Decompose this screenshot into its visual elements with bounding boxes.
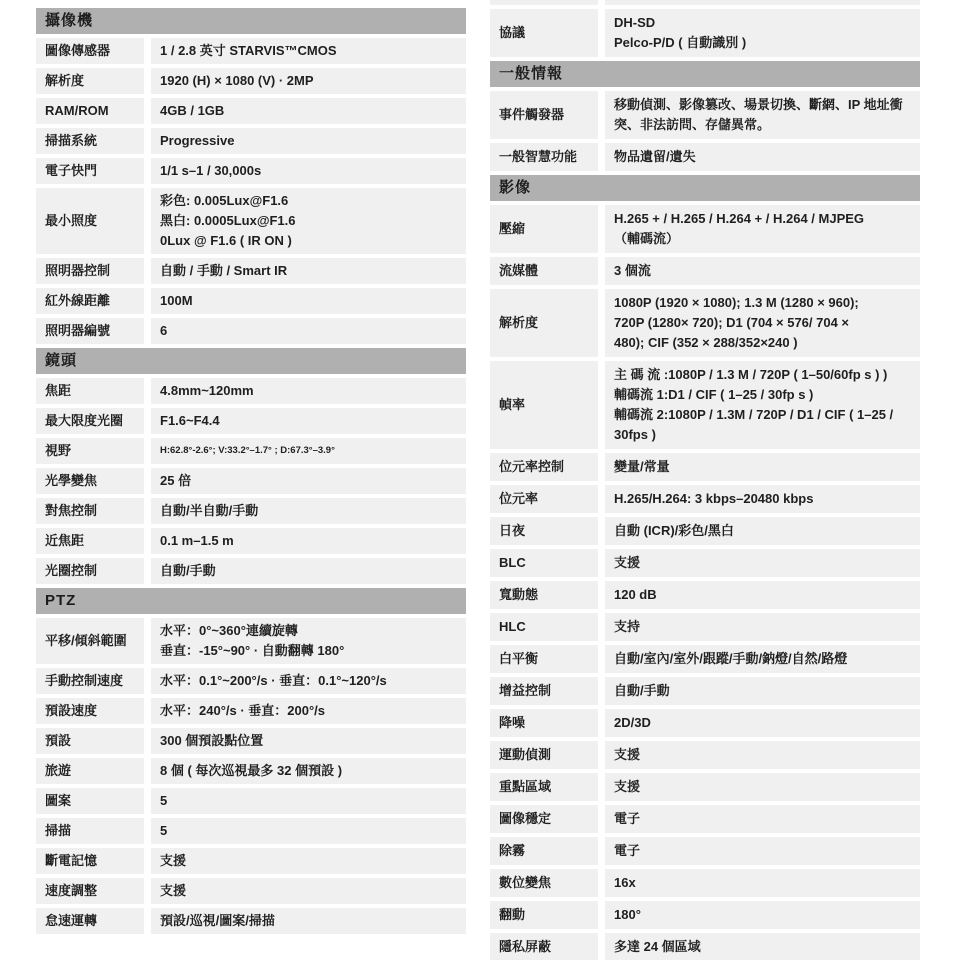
spec-value: 物品遺留/遺失 bbox=[605, 143, 920, 171]
spec-value: 支援 bbox=[605, 549, 920, 577]
spec-label: 解析度 bbox=[36, 68, 144, 94]
spec-row: 一般智慧功能物品遺留/遺失 bbox=[490, 143, 920, 171]
spec-value: 自動 (ICR)/彩色/黑白 bbox=[605, 517, 920, 545]
spec-label: 光圈控制 bbox=[36, 558, 144, 584]
spec-value: H.265/H.264: 3 kbps–20480 kbps bbox=[605, 485, 920, 513]
truncated-label-cell bbox=[490, 0, 598, 5]
spec-row: 事件觸發器移動偵測、影像篡改、場景切換、斷網、IP 地址衝突、非法訪問、存儲異常… bbox=[490, 91, 920, 139]
spec-row: 光圈控制自動/手動 bbox=[36, 558, 466, 584]
spec-table-left: 攝像機圖像傳感器1 / 2.8 英寸 STARVIS™CMOS解析度1920 (… bbox=[36, 8, 466, 938]
spec-label: 手動控制速度 bbox=[36, 668, 144, 694]
spec-row: 白平衡自動/室內/室外/跟蹤/手動/鈉燈/自然/路燈 bbox=[490, 645, 920, 673]
spec-row: 圖案5 bbox=[36, 788, 466, 814]
spec-row: BLC支援 bbox=[490, 549, 920, 577]
spec-label: 光學變焦 bbox=[36, 468, 144, 494]
spec-row: 照明器控制自動 / 手動 / Smart IR bbox=[36, 258, 466, 284]
spec-label: 紅外線距離 bbox=[36, 288, 144, 314]
spec-row: 隱私屏蔽多達 24 個區域 bbox=[490, 933, 920, 960]
spec-label: 位元率控制 bbox=[490, 453, 598, 481]
spec-label: 旅遊 bbox=[36, 758, 144, 784]
spec-value: 預設/巡視/圖案/掃描 bbox=[151, 908, 466, 934]
spec-row: 位元率H.265/H.264: 3 kbps–20480 kbps bbox=[490, 485, 920, 513]
section-header: 影像 bbox=[490, 175, 920, 201]
spec-row: 掃描系統Progressive bbox=[36, 128, 466, 154]
spec-label: 圖像穩定 bbox=[490, 805, 598, 833]
spec-row: 速度調整支援 bbox=[36, 878, 466, 904]
spec-label: 流媒體 bbox=[490, 257, 598, 285]
spec-row: 掃描5 bbox=[36, 818, 466, 844]
spec-value: 支持 bbox=[605, 613, 920, 641]
spec-value: 0.1 m–1.5 m bbox=[151, 528, 466, 554]
spec-value: 5 bbox=[151, 818, 466, 844]
spec-value: 6 bbox=[151, 318, 466, 344]
spec-label: 圖案 bbox=[36, 788, 144, 814]
spec-value: 支援 bbox=[151, 848, 466, 874]
spec-row: 除霧電子 bbox=[490, 837, 920, 865]
spec-label: 隱私屏蔽 bbox=[490, 933, 598, 960]
spec-value: 180° bbox=[605, 901, 920, 929]
spec-label: 白平衡 bbox=[490, 645, 598, 673]
spec-value: 支援 bbox=[151, 878, 466, 904]
spec-value: 水平：0°~360°連續旋轉 垂直：-15°~90° · 自動翻轉 180° bbox=[151, 618, 466, 664]
spec-row: HLC支持 bbox=[490, 613, 920, 641]
spec-value: 4.8mm~120mm bbox=[151, 378, 466, 404]
spec-value: 120 dB bbox=[605, 581, 920, 609]
spec-label: 掃描系統 bbox=[36, 128, 144, 154]
spec-row: 焦距4.8mm~120mm bbox=[36, 378, 466, 404]
spec-row: 電子快門1/1 s–1 / 30,000s bbox=[36, 158, 466, 184]
spec-label: 寬動態 bbox=[490, 581, 598, 609]
spec-label: 平移/傾斜範圍 bbox=[36, 618, 144, 664]
spec-value: 變量/常量 bbox=[605, 453, 920, 481]
spec-label: 斷電記憶 bbox=[36, 848, 144, 874]
spec-label: 掃描 bbox=[36, 818, 144, 844]
spec-label: 幀率 bbox=[490, 361, 598, 449]
spec-value: 16x bbox=[605, 869, 920, 897]
spec-value: 彩色: 0.005Lux@F1.6 黑白: 0.0005Lux@F1.6 0Lu… bbox=[151, 188, 466, 254]
spec-value: 電子 bbox=[605, 837, 920, 865]
spec-row: 近焦距0.1 m–1.5 m bbox=[36, 528, 466, 554]
spec-value: 1920 (H) × 1080 (V) · 2MP bbox=[151, 68, 466, 94]
spec-value: 主 碼 流 :1080P / 1.3 M / 720P ( 1–50/60fp … bbox=[605, 361, 920, 449]
spec-label: 對焦控制 bbox=[36, 498, 144, 524]
spec-row: 解析度1920 (H) × 1080 (V) · 2MP bbox=[36, 68, 466, 94]
spec-row: 怠速運轉預設/巡視/圖案/掃描 bbox=[36, 908, 466, 934]
spec-row: 流媒體3 個流 bbox=[490, 257, 920, 285]
spec-table-right: 協議DH-SD Pelco-P/D ( 自動識別 )一般情報事件觸發器移動偵測、… bbox=[490, 0, 920, 960]
truncated-value-cell bbox=[605, 0, 920, 5]
spec-row: 降噪2D/3D bbox=[490, 709, 920, 737]
spec-row: 預設速度水平：240°/s · 垂直：200°/s bbox=[36, 698, 466, 724]
spec-value: 300 個預設點位置 bbox=[151, 728, 466, 754]
spec-row: 對焦控制自動/半自動/手動 bbox=[36, 498, 466, 524]
spec-value: 支援 bbox=[605, 741, 920, 769]
spec-value: H:62.8°-2.6°; V:33.2°–1.7° ; D:67.3°–3.9… bbox=[151, 438, 466, 464]
section-header: 一般情報 bbox=[490, 61, 920, 87]
spec-row: 解析度1080P (1920 × 1080); 1.3 M (1280 × 96… bbox=[490, 289, 920, 357]
spec-value: 自動/手動 bbox=[605, 677, 920, 705]
spec-label: 日夜 bbox=[490, 517, 598, 545]
spec-row: 圖像穩定電子 bbox=[490, 805, 920, 833]
spec-value: 4GB / 1GB bbox=[151, 98, 466, 124]
spec-row: 壓縮H.265 + / H.265 / H.264 + / H.264 / MJ… bbox=[490, 205, 920, 253]
spec-value: 25 倍 bbox=[151, 468, 466, 494]
spec-label: 怠速運轉 bbox=[36, 908, 144, 934]
spec-label: 速度調整 bbox=[36, 878, 144, 904]
spec-row: RAM/ROM4GB / 1GB bbox=[36, 98, 466, 124]
spec-value: F1.6~F4.4 bbox=[151, 408, 466, 434]
spec-label: 解析度 bbox=[490, 289, 598, 357]
spec-value: 1080P (1920 × 1080); 1.3 M (1280 × 960);… bbox=[605, 289, 920, 357]
spec-label: 最大限度光圈 bbox=[36, 408, 144, 434]
spec-row: 數位變焦16x bbox=[490, 869, 920, 897]
spec-label: 預設速度 bbox=[36, 698, 144, 724]
truncated-row-stub bbox=[490, 0, 920, 5]
spec-value: Progressive bbox=[151, 128, 466, 154]
spec-row: 圖像傳感器1 / 2.8 英寸 STARVIS™CMOS bbox=[36, 38, 466, 64]
spec-label: 翻動 bbox=[490, 901, 598, 929]
section-header: 攝像機 bbox=[36, 8, 466, 34]
spec-label: 增益控制 bbox=[490, 677, 598, 705]
spec-value: 移動偵測、影像篡改、場景切換、斷網、IP 地址衝突、非法訪問、存儲異常。 bbox=[605, 91, 920, 139]
spec-label: 降噪 bbox=[490, 709, 598, 737]
spec-row: 協議DH-SD Pelco-P/D ( 自動識別 ) bbox=[490, 9, 920, 57]
spec-label: 照明器編號 bbox=[36, 318, 144, 344]
spec-label: 焦距 bbox=[36, 378, 144, 404]
spec-value: 支援 bbox=[605, 773, 920, 801]
spec-label: 重點區域 bbox=[490, 773, 598, 801]
spec-value: 2D/3D bbox=[605, 709, 920, 737]
section-header: PTZ bbox=[36, 588, 466, 614]
spec-row: 增益控制自動/手動 bbox=[490, 677, 920, 705]
section-header: 鏡頭 bbox=[36, 348, 466, 374]
spec-value: H.265 + / H.265 / H.264 + / H.264 / MJPE… bbox=[605, 205, 920, 253]
spec-label: 協議 bbox=[490, 9, 598, 57]
spec-label: 運動偵測 bbox=[490, 741, 598, 769]
spec-value: 水平：0.1°~200°/s · 垂直：0.1°~120°/s bbox=[151, 668, 466, 694]
spec-label: 除霧 bbox=[490, 837, 598, 865]
spec-value: 自動/室內/室外/跟蹤/手動/鈉燈/自然/路燈 bbox=[605, 645, 920, 673]
spec-label: 電子快門 bbox=[36, 158, 144, 184]
spec-label: BLC bbox=[490, 549, 598, 577]
spec-value: 1/1 s–1 / 30,000s bbox=[151, 158, 466, 184]
spec-value: DH-SD Pelco-P/D ( 自動識別 ) bbox=[605, 9, 920, 57]
spec-row: 重點區域支援 bbox=[490, 773, 920, 801]
spec-label: RAM/ROM bbox=[36, 98, 144, 124]
spec-value: 1 / 2.8 英寸 STARVIS™CMOS bbox=[151, 38, 466, 64]
spec-value: 電子 bbox=[605, 805, 920, 833]
spec-label: 圖像傳感器 bbox=[36, 38, 144, 64]
spec-label: 預設 bbox=[36, 728, 144, 754]
spec-value: 自動 / 手動 / Smart IR bbox=[151, 258, 466, 284]
spec-label: 事件觸發器 bbox=[490, 91, 598, 139]
spec-row: 預設300 個預設點位置 bbox=[36, 728, 466, 754]
spec-row: 斷電記憶支援 bbox=[36, 848, 466, 874]
spec-value: 自動/半自動/手動 bbox=[151, 498, 466, 524]
spec-value: 5 bbox=[151, 788, 466, 814]
spec-label: 照明器控制 bbox=[36, 258, 144, 284]
spec-value: 100M bbox=[151, 288, 466, 314]
spec-value: 水平：240°/s · 垂直：200°/s bbox=[151, 698, 466, 724]
spec-row: 視野H:62.8°-2.6°; V:33.2°–1.7° ; D:67.3°–3… bbox=[36, 438, 466, 464]
spec-label: 位元率 bbox=[490, 485, 598, 513]
spec-label: 一般智慧功能 bbox=[490, 143, 598, 171]
spec-label: 壓縮 bbox=[490, 205, 598, 253]
spec-row: 位元率控制變量/常量 bbox=[490, 453, 920, 481]
spec-label: 數位變焦 bbox=[490, 869, 598, 897]
spec-label: 最小照度 bbox=[36, 188, 144, 254]
spec-row: 最小照度彩色: 0.005Lux@F1.6 黑白: 0.0005Lux@F1.6… bbox=[36, 188, 466, 254]
spec-row: 紅外線距離100M bbox=[36, 288, 466, 314]
spec-row: 照明器編號6 bbox=[36, 318, 466, 344]
spec-row: 幀率主 碼 流 :1080P / 1.3 M / 720P ( 1–50/60f… bbox=[490, 361, 920, 449]
spec-row: 翻動180° bbox=[490, 901, 920, 929]
spec-value: 8 個 ( 每次巡視最多 32 個預設 ) bbox=[151, 758, 466, 784]
spec-row: 旅遊8 個 ( 每次巡視最多 32 個預設 ) bbox=[36, 758, 466, 784]
spec-row: 寬動態120 dB bbox=[490, 581, 920, 609]
spec-label: HLC bbox=[490, 613, 598, 641]
spec-row: 運動偵測支援 bbox=[490, 741, 920, 769]
spec-label: 視野 bbox=[36, 438, 144, 464]
spec-row: 平移/傾斜範圍水平：0°~360°連續旋轉 垂直：-15°~90° · 自動翻轉… bbox=[36, 618, 466, 664]
spec-row: 最大限度光圈F1.6~F4.4 bbox=[36, 408, 466, 434]
spec-row: 手動控制速度水平：0.1°~200°/s · 垂直：0.1°~120°/s bbox=[36, 668, 466, 694]
spec-label: 近焦距 bbox=[36, 528, 144, 554]
spec-value: 多達 24 個區域 bbox=[605, 933, 920, 960]
spec-value: 自動/手動 bbox=[151, 558, 466, 584]
spec-row: 日夜自動 (ICR)/彩色/黑白 bbox=[490, 517, 920, 545]
spec-row: 光學變焦25 倍 bbox=[36, 468, 466, 494]
spec-value: 3 個流 bbox=[605, 257, 920, 285]
